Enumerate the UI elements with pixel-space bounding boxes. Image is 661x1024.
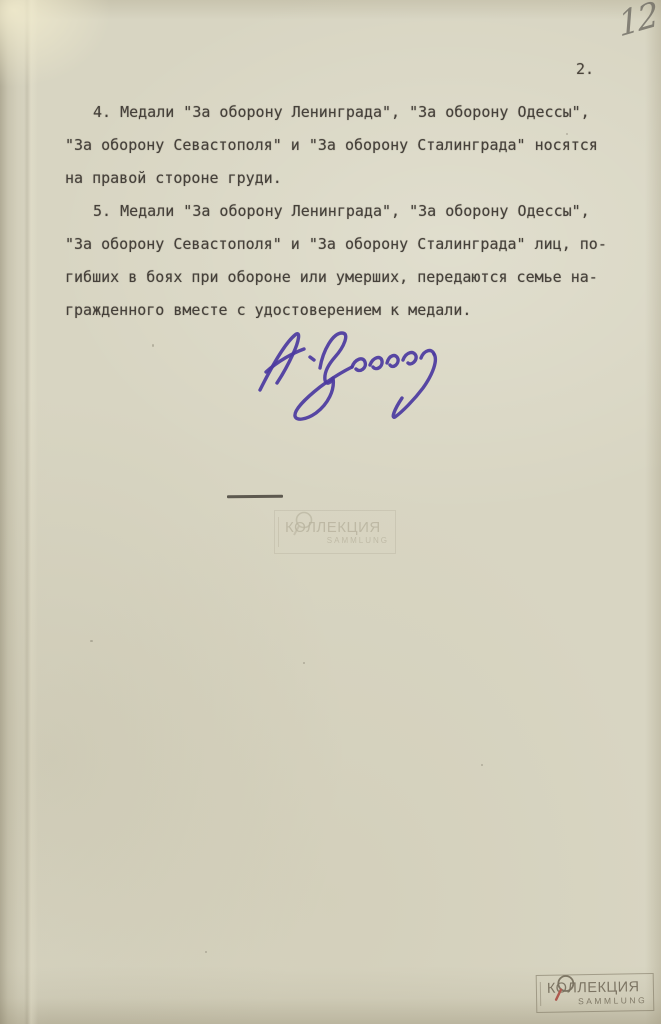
handwritten-folio-number: 12 xyxy=(617,0,659,46)
watermark-title: КОЛЛЕКЦИЯ xyxy=(547,980,647,996)
scanned-document-page: 12 2. 4. Медали "За оборону Ленинграда",… xyxy=(0,0,661,1024)
text-line: гибших в боях при обороне или умерших, п… xyxy=(65,261,625,294)
typed-page-number: 2. xyxy=(576,60,594,78)
watermark-subtitle: SAMMLUNG xyxy=(547,996,647,1006)
text-line: гражденного вместе с удостоверением к ме… xyxy=(65,294,625,327)
document-body: 4. Медали "За оборону Ленинграда", "За о… xyxy=(65,96,625,327)
text-line: "За оборону Севастополя" и "За оборону С… xyxy=(65,228,625,261)
paper-speck xyxy=(205,951,207,953)
watermark-title: КОЛЛЕКЦИЯ xyxy=(285,520,389,535)
watermark-bottom-right: КОЛЛЕКЦИЯ SAMMLUNG xyxy=(536,973,655,1013)
paper-speck xyxy=(90,640,93,642)
paper-speck xyxy=(566,133,568,135)
text-line: 5. Медали "За оборону Ленинграда", "За о… xyxy=(65,195,625,228)
paper-speck xyxy=(481,764,483,766)
paper-speck xyxy=(152,344,154,347)
watermark-subtitle: SAMMLUNG xyxy=(285,537,389,545)
text-line: "За оборону Севастополя" и "За оборону С… xyxy=(65,129,625,162)
watermark-center: КОЛЛЕКЦИЯ SAMMLUNG xyxy=(274,510,396,554)
paper-speck xyxy=(303,662,305,664)
dash-mark xyxy=(227,495,283,498)
watermark-side-rule xyxy=(278,517,282,547)
signature-ink-strokes xyxy=(252,326,474,432)
watermark-side-rule xyxy=(540,982,544,1006)
text-line: 4. Медали "За оборону Ленинграда", "За о… xyxy=(65,96,625,129)
signature-gorkin xyxy=(252,326,474,432)
text-line: на правой стороне груди. xyxy=(65,162,625,195)
paper-speck xyxy=(97,214,99,216)
